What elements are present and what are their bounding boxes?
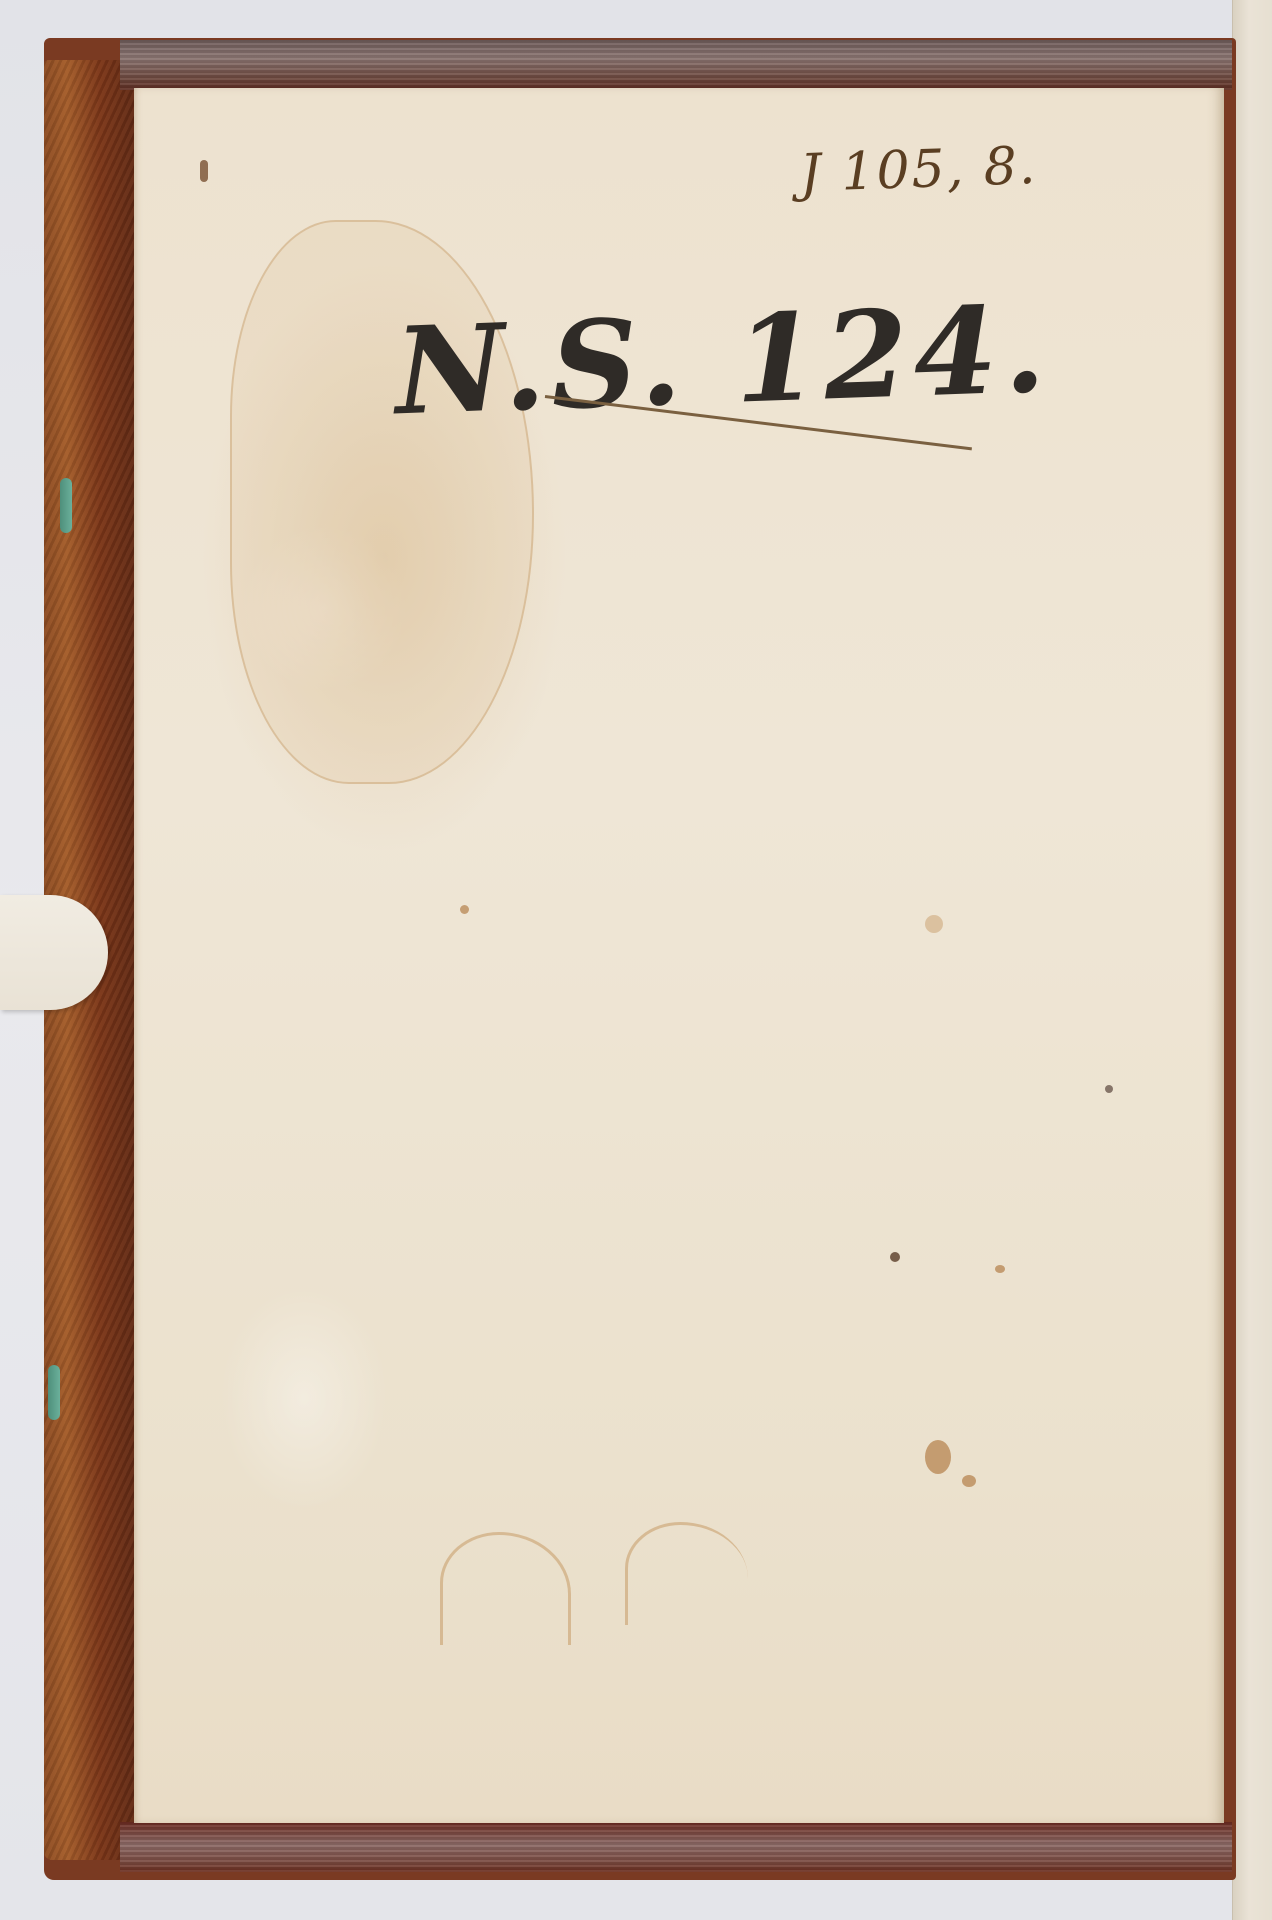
foxing-spot	[460, 905, 469, 914]
ink-drip	[200, 160, 208, 182]
foxing-spot	[925, 915, 943, 933]
clasp-remnant-top	[60, 478, 72, 533]
leather-top-edge	[120, 40, 1232, 90]
page-edges	[1232, 0, 1272, 1920]
shelfmark-small: J 105, 8.	[799, 136, 1038, 204]
leather-bottom-edge	[120, 1822, 1232, 1872]
foxing-spot	[925, 1440, 951, 1474]
foxing-spot	[962, 1475, 976, 1487]
foxing-spot	[890, 1252, 900, 1262]
clasp-remnant-bottom	[48, 1365, 60, 1420]
foxing-spot	[1105, 1085, 1113, 1093]
foxing-spot	[995, 1265, 1005, 1273]
